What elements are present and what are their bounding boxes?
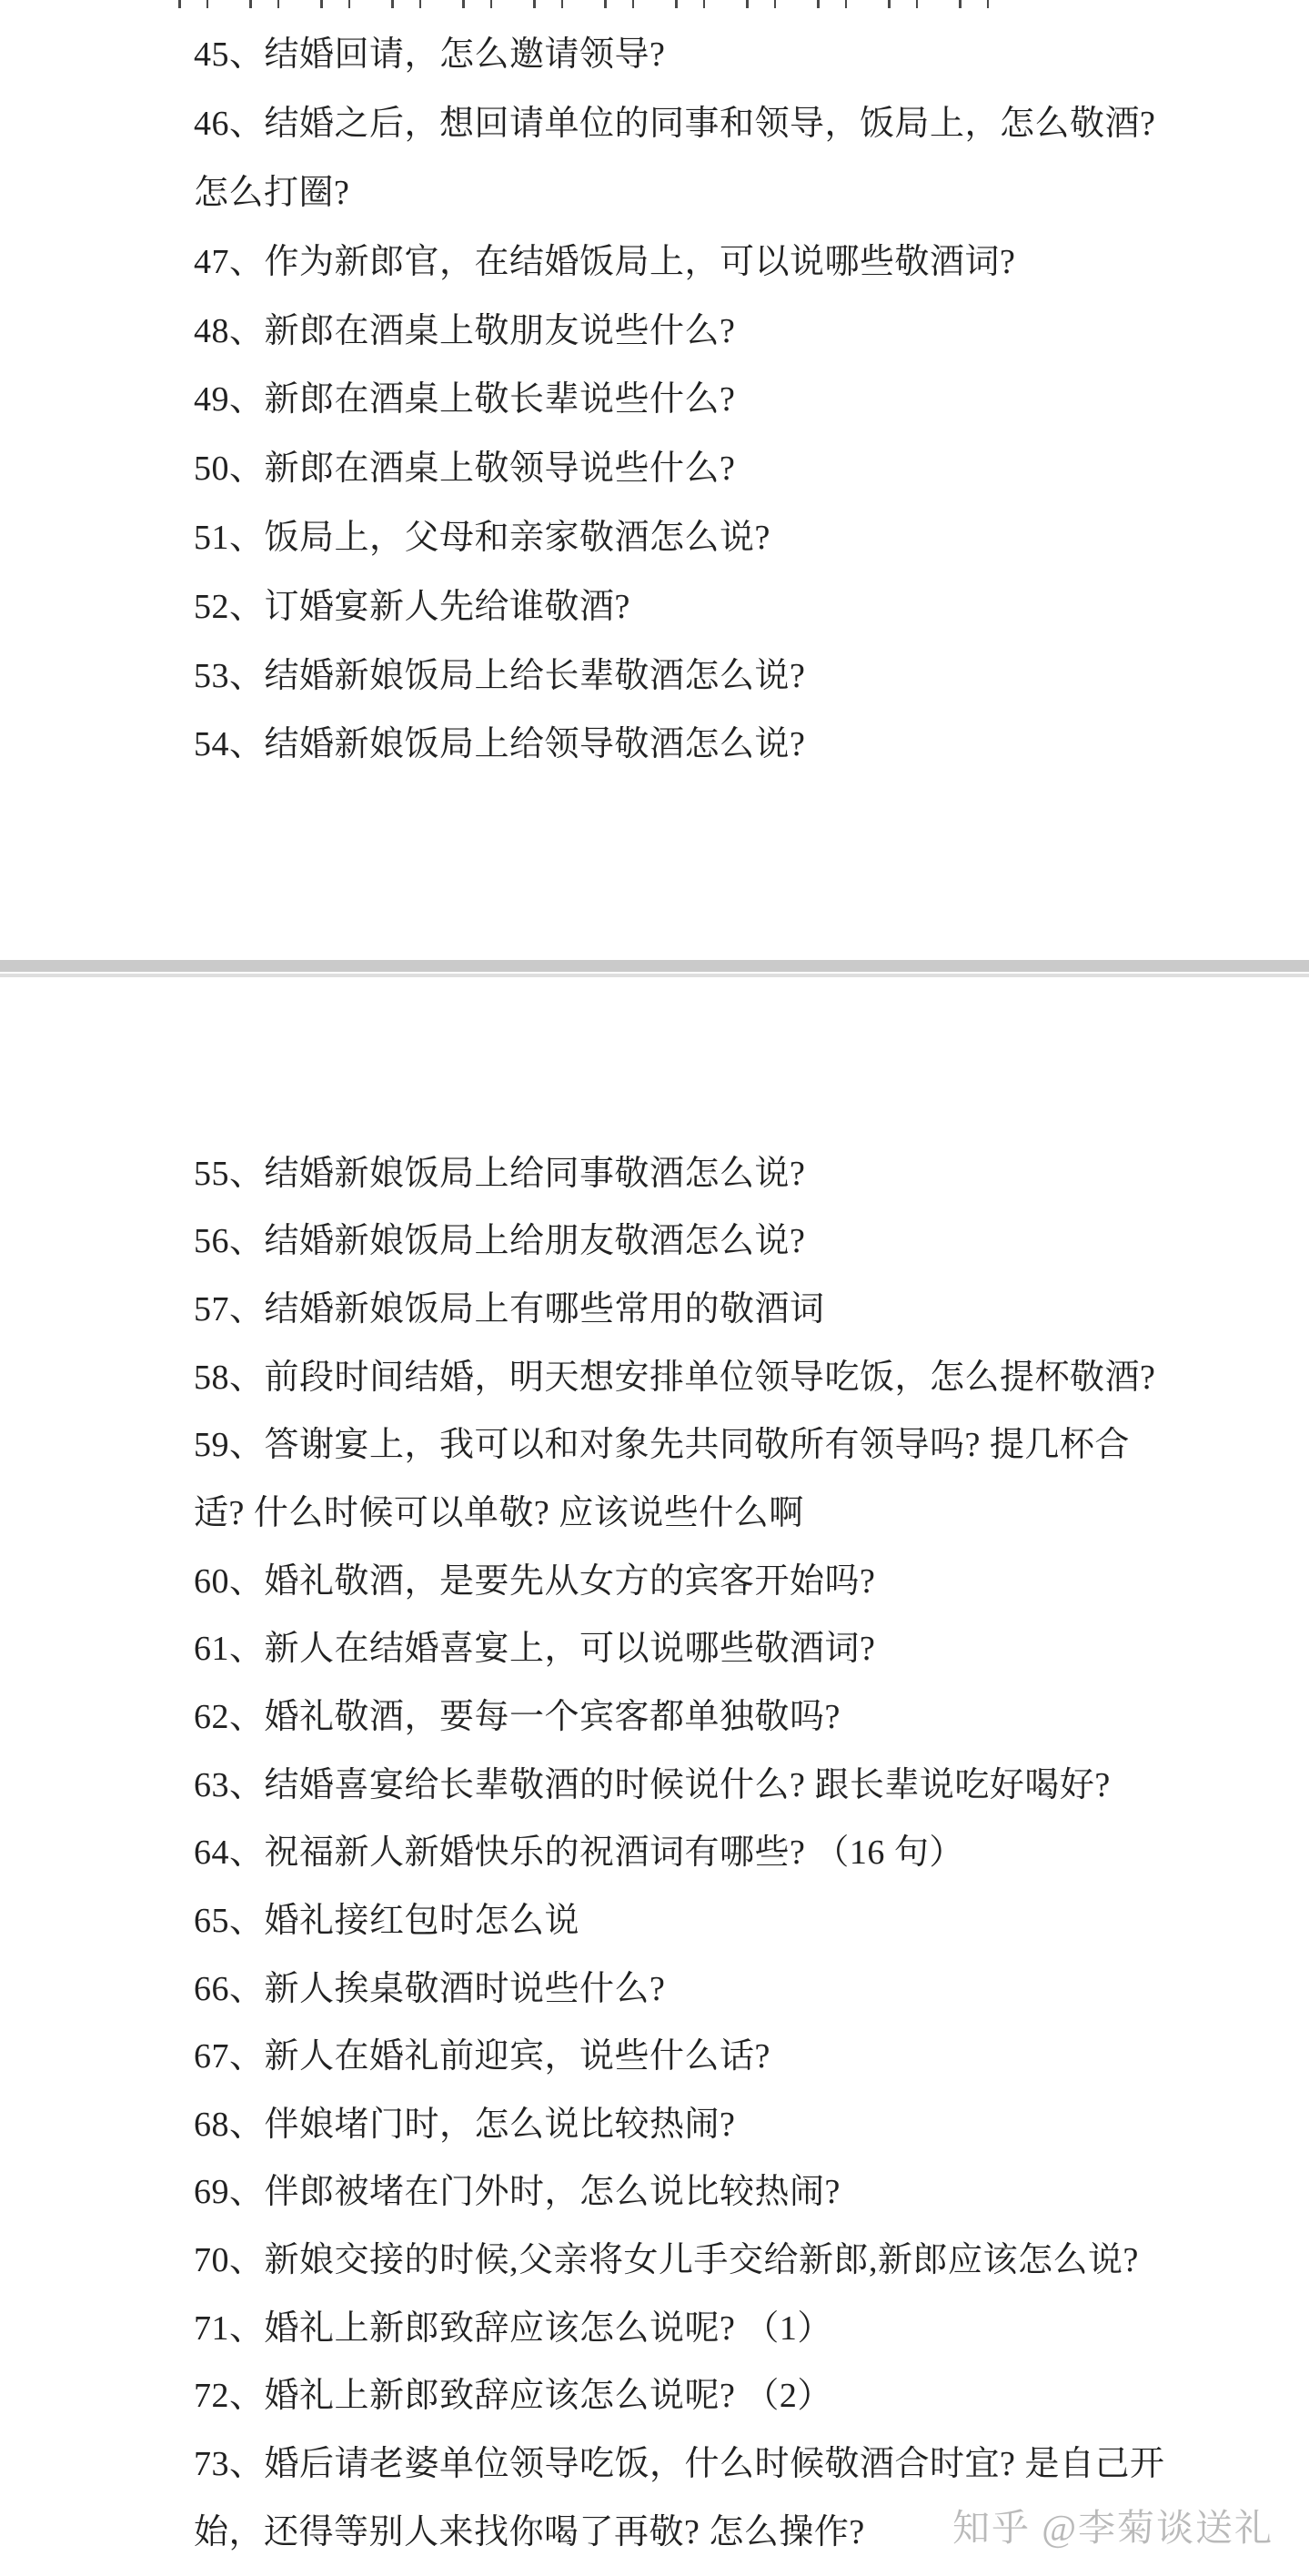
question-line: 67、新人在婚礼前迎宾，说些什么话? [194, 2018, 1182, 2086]
clipped-top-line-remnants [164, 0, 1001, 8]
question-line: 48、新郎在酒桌上敬朋友说些什么? [194, 292, 1182, 361]
question-line: 57、结婚新娘饭局上有哪些常用的敬酒词 [194, 1271, 1182, 1339]
question-line: 50、新郎在酒桌上敬领导说些什么? [194, 430, 1182, 500]
page2-question-list: 55、结婚新娘饭局上给同事敬酒怎么说?56、结婚新娘饭局上给朋友敬酒怎么说?57… [194, 1136, 1182, 2561]
question-line: 51、饭局上，父母和亲家敬酒怎么说? [194, 500, 1182, 569]
question-line: 47、作为新郎官，在结婚饭局上，可以说哪些敬酒词? [194, 223, 1182, 292]
question-line: 63、结婚喜宴给长辈敬酒的时候说什么? 跟长辈说吃好喝好? [194, 1747, 1182, 1815]
question-line: 69、伴郎被堵在门外时，怎么说比较热闹? [194, 2155, 1182, 2223]
question-line: 68、伴娘堵门时，怎么说比较热闹? [194, 2086, 1182, 2155]
question-line: 62、婚礼敬酒，要每一个宾客都单独敬吗? [194, 1679, 1182, 1747]
question-line: 71、婚礼上新郎致辞应该怎么说呢? （1） [194, 2290, 1182, 2359]
question-line: 58、前段时间结婚，明天想安排单位领导吃饭，怎么提杯敬酒? [194, 1339, 1182, 1408]
page-break-divider-shadow [0, 974, 1309, 977]
question-line: 45、结婚回请，怎么邀请领导? [194, 16, 1182, 86]
question-line: 59、答谢宴上，我可以和对象先共同敬所有领导吗? 提几杯合 [194, 1408, 1182, 1476]
document-screenshot: 45、结婚回请，怎么邀请领导?46、结婚之后，想回请单位的同事和领导，饭局上，怎… [0, 0, 1309, 2576]
question-line: 怎么打圈? [194, 155, 1182, 224]
question-line: 73、婚后请老婆单位领导吃饭，什么时候敬酒合时宜? 是自己开 [194, 2426, 1182, 2494]
question-line: 65、婚礼接红包时怎么说 [194, 1883, 1182, 1951]
question-line: 适? 什么时候可以单敬? 应该说些什么啊 [194, 1475, 1182, 1543]
question-line: 46、结婚之后，想回请单位的同事和领导，饭局上，怎么敬酒? [194, 86, 1182, 155]
zhihu-watermark: 知乎 @李菊谈送礼 [952, 2498, 1274, 2551]
question-line: 72、婚礼上新郎致辞应该怎么说呢? （2） [194, 2359, 1182, 2427]
question-line: 54、结婚新娘饭局上给领导敬酒怎么说? [194, 706, 1182, 775]
question-line: 53、结婚新娘饭局上给长辈敬酒怎么说? [194, 637, 1182, 706]
question-line: 55、结婚新娘饭局上给同事敬酒怎么说? [194, 1136, 1182, 1204]
question-line: 60、婚礼敬酒，是要先从女方的宾客开始吗? [194, 1543, 1182, 1611]
question-line: 70、新娘交接的时候,父亲将女儿手交给新郎,新郎应该怎么说? [194, 2222, 1182, 2290]
question-line: 52、订婚宴新人先给谁敬酒? [194, 568, 1182, 637]
question-line: 49、新郎在酒桌上敬长辈说些什么? [194, 361, 1182, 430]
question-line: 56、结婚新娘饭局上给朋友敬酒怎么说? [194, 1204, 1182, 1272]
question-line: 61、新人在结婚喜宴上，可以说哪些敬酒词? [194, 1611, 1182, 1679]
page1-question-list: 45、结婚回请，怎么邀请领导?46、结婚之后，想回请单位的同事和领导，饭局上，怎… [194, 16, 1182, 775]
page-break-divider [0, 960, 1309, 972]
question-line: 64、祝福新人新婚快乐的祝酒词有哪些? （16 句） [194, 1814, 1182, 1883]
question-line: 66、新人挨桌敬酒时说些什么? [194, 1951, 1182, 2019]
